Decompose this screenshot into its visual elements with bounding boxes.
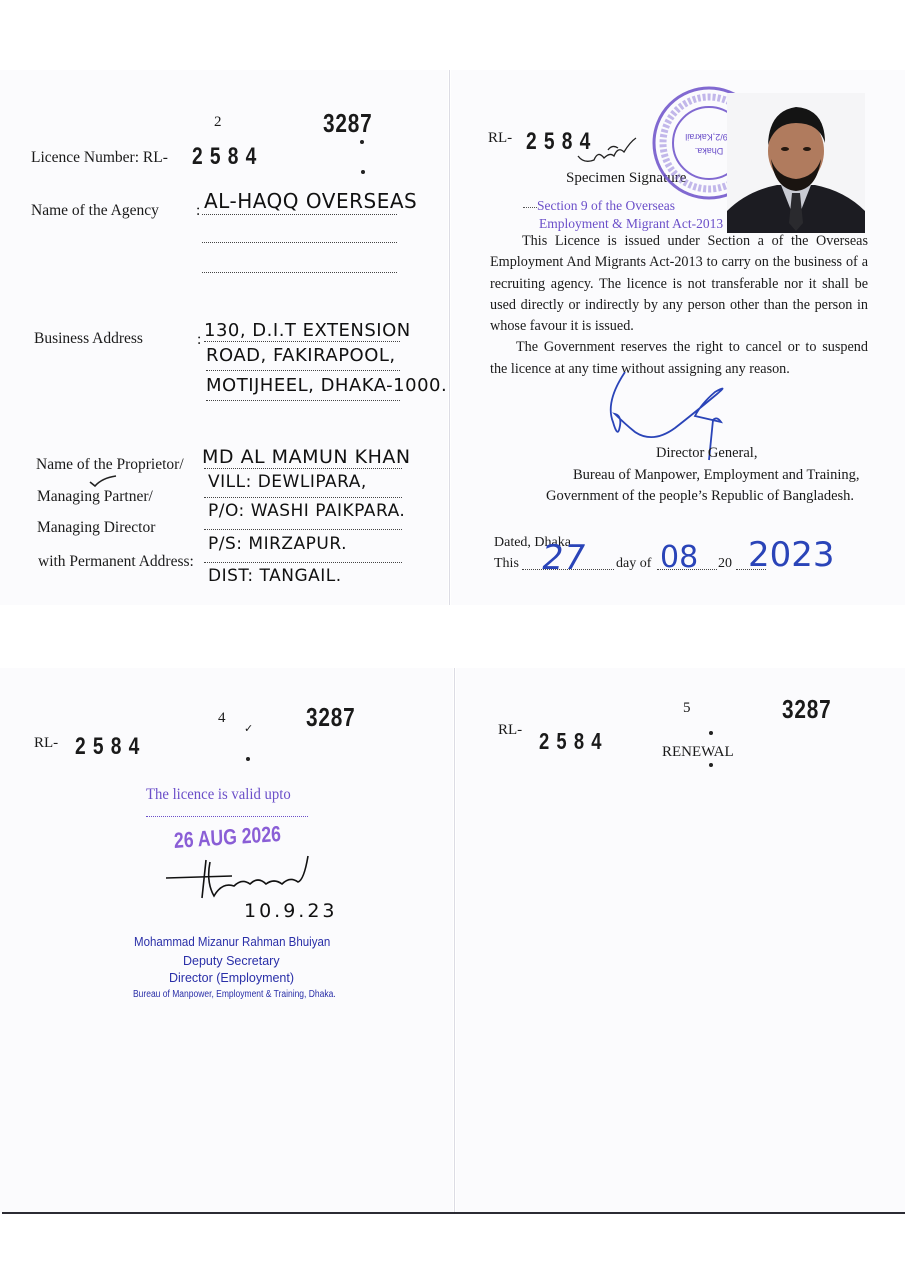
act-stamp: Employment & Migrant Act-2013 (539, 216, 723, 232)
day-value: 27 (538, 538, 588, 578)
proprietor-dotted-line (204, 497, 402, 498)
punch-dot (709, 731, 713, 735)
address-line-1: 130, D.I.T EXTENSION (204, 320, 411, 341)
signatory-title: Director General, (656, 445, 757, 462)
proprietor-dotted-line (204, 562, 402, 563)
licence-number-value: 2584 (192, 143, 264, 171)
page-fold-bottom (454, 668, 455, 1213)
proprietor-name: MD AL MAMUN KHAN (202, 446, 411, 468)
rl-prefix: RL- (498, 722, 522, 739)
page-fold-top (449, 70, 450, 605)
this-label: This (494, 556, 519, 572)
proprietor-label: Name of the Proprietor/ (36, 456, 184, 474)
colon: : (197, 331, 201, 349)
business-address-label: Business Address (34, 330, 143, 348)
licence-number-value: 2584 (75, 733, 147, 761)
punch-dot (709, 763, 713, 767)
address-line-3: MOTIJHEEL, DHAKA-1000. (206, 375, 447, 396)
page-number: 4 (218, 710, 226, 727)
officer-signature-icon (162, 852, 314, 902)
managing-partner-label: Managing Partner/ (37, 488, 153, 506)
signatory-organization: Bureau of Manpower, Employment and Train… (573, 467, 860, 484)
officer-organization: Bureau of Manpower, Employment & Trainin… (133, 989, 336, 1000)
address-dotted-line (206, 400, 400, 401)
checkmark-icon (88, 474, 118, 488)
stamp-dotted-line (523, 207, 537, 208)
year-prefix: 20 (718, 556, 732, 572)
agency-dotted-line (202, 272, 397, 273)
month-value: 08 (660, 540, 698, 575)
signatory-government: Government of the people’s Republic of B… (546, 488, 854, 505)
tick-mark-icon: ✓ (244, 722, 253, 735)
rl-prefix: RL- (488, 130, 512, 147)
address-dotted-line (206, 370, 400, 371)
agency-name-label: Name of the Agency (31, 202, 159, 220)
address-dotted-line (204, 341, 400, 342)
agency-name-value: AL-HAQQ OVERSEAS (204, 189, 417, 213)
punch-dot (361, 170, 365, 174)
colon: : (196, 202, 200, 220)
day-of-label: day of (616, 556, 651, 572)
terms-text: This Licence is issued under Section a o… (490, 231, 868, 337)
punch-dot (246, 757, 250, 761)
proprietor-address-2: P/O: WASHI PAIKPARA. (208, 501, 405, 521)
validity-dotted-line (146, 816, 308, 817)
proprietor-dotted-line (204, 529, 402, 530)
officer-name: Mohammad Mizanur Rahman Bhuiyan (134, 935, 330, 949)
agency-dotted-line (202, 214, 397, 215)
officer-title: Deputy Secretary (183, 954, 280, 968)
rl-prefix: RL- (34, 735, 58, 752)
serial-number: 3287 (306, 702, 355, 733)
officer-role: Director (Employment) (169, 971, 294, 985)
address-line-2: ROAD, FAKIRAPOOL, (206, 345, 396, 366)
svg-text:89/2,Kakrail: 89/2,Kakrail (685, 132, 733, 142)
section-stamp: Section 9 of the Overseas (537, 198, 675, 214)
signed-date: 10.9.23 (244, 900, 338, 922)
year-value: 2023 (748, 535, 835, 575)
proprietor-photo (727, 93, 865, 233)
specimen-signature-icon (572, 132, 647, 172)
renewal-heading: RENEWAL (662, 744, 734, 761)
page-number: 5 (683, 700, 691, 717)
validity-label: The licence is valid upto (146, 786, 291, 804)
serial-number: 3287 (323, 108, 372, 139)
bottom-edge-line (2, 1212, 905, 1214)
proprietor-address-3: P/S: MIRZAPUR. (208, 534, 347, 554)
page-number: 2 (214, 114, 222, 131)
proprietor-dotted-line (204, 468, 402, 469)
agency-dotted-line (202, 242, 397, 243)
licence-terms-paragraph: This Licence is issued under Section a o… (490, 231, 868, 380)
proprietor-address-4: DIST: TANGAIL. (208, 566, 342, 586)
proprietor-address-1: VILL: DEWLIPARA, (208, 472, 367, 492)
serial-number: 3287 (782, 694, 831, 725)
punch-dot (360, 140, 364, 144)
svg-text:Dhaka.: Dhaka. (695, 146, 724, 156)
permanent-address-label: with Permanent Address: (38, 553, 194, 571)
licence-number-value: 2584 (539, 728, 609, 755)
licence-number-label: Licence Number: RL- (31, 149, 168, 167)
managing-director-label: Managing Director (37, 519, 155, 537)
